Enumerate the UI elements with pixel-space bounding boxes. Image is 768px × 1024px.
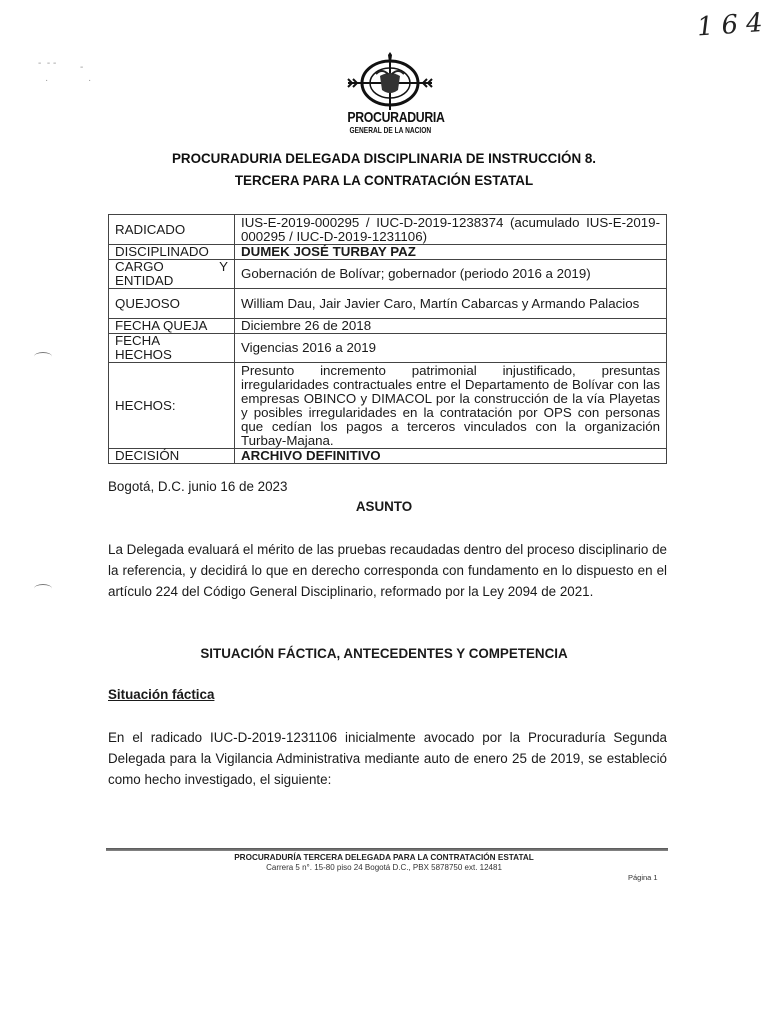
section-heading: SITUACIÓN FÁCTICA, ANTECEDENTES Y COMPET… — [0, 646, 768, 661]
row-label: DISCIPLINADO — [109, 245, 235, 260]
label-part: HECHOS — [115, 348, 228, 362]
scan-speck: · — [45, 75, 48, 86]
row-label: FECHA QUEJA — [109, 319, 235, 334]
table-row-disciplinado: DISCIPLINADO DUMEK JOSÉ TURBAY PAZ — [109, 245, 667, 260]
scan-speck: - — [80, 62, 83, 73]
subsection-heading: Situación fáctica — [108, 687, 214, 702]
row-label: FECHA HECHOS — [109, 334, 235, 363]
table-row-radicado: RADICADO IUS-E-2019-000295 / IUC-D-2019-… — [109, 215, 667, 245]
document-date: Bogotá, D.C. junio 16 de 2023 — [108, 479, 287, 494]
footer-address: Carrera 5 n°. 15-80 piso 24 Bogotá D.C.,… — [0, 863, 768, 872]
footer-page-number: Página 1 — [628, 873, 658, 882]
table-row-cargo-entidad: CARGOY ENTIDAD Gobernación de Bolívar; g… — [109, 260, 667, 289]
label-part: ENTIDAD — [115, 274, 228, 288]
asunto-paragraph: La Delegada evaluará el mérito de las pr… — [108, 539, 667, 602]
row-value: Presunto incremento patrimonial injustif… — [235, 363, 667, 449]
row-value: ARCHIVO DEFINITIVO — [235, 449, 667, 464]
coat-of-arms-emblem-icon — [342, 52, 438, 112]
row-value: Vigencias 2016 a 2019 — [235, 334, 667, 363]
procuraduria-logo: PROCURADURIA GENERAL DE LA NACION — [338, 52, 442, 135]
table-row-fecha-queja: FECHA QUEJA Diciembre 26 de 2018 — [109, 319, 667, 334]
asunto-heading: ASUNTO — [0, 499, 768, 514]
row-label: DECISIÓN — [109, 449, 235, 464]
row-label: QUEJOSO — [109, 289, 235, 319]
row-label: CARGOY ENTIDAD — [109, 260, 235, 289]
table-row-quejoso: QUEJOSO William Dau, Jair Javier Caro, M… — [109, 289, 667, 319]
punch-hole-mark — [34, 584, 52, 593]
table-row-hechos: HECHOS: Presunto incremento patrimonial … — [109, 363, 667, 449]
punch-hole-mark — [34, 352, 52, 361]
label-part: FECHA — [115, 334, 228, 348]
case-summary-table: RADICADO IUS-E-2019-000295 / IUC-D-2019-… — [108, 214, 667, 464]
office-title-line-2: TERCERA PARA LA CONTRATACIÓN ESTATAL — [0, 173, 768, 188]
row-value: William Dau, Jair Javier Caro, Martín Ca… — [235, 289, 667, 319]
row-label: RADICADO — [109, 215, 235, 245]
label-part: Y — [219, 260, 228, 274]
row-value: Diciembre 26 de 2018 — [235, 319, 667, 334]
footer-office-name: PROCURADURÍA TERCERA DELEGADA PARA LA CO… — [0, 853, 768, 862]
table-row-decision: DECISIÓN ARCHIVO DEFINITIVO — [109, 449, 667, 464]
situacion-factica-paragraph: En el radicado IUC-D-2019-1231106 inicia… — [108, 727, 667, 790]
row-value: DUMEK JOSÉ TURBAY PAZ — [235, 245, 667, 260]
scan-speck: - - - — [38, 58, 56, 69]
office-title-line-1: PROCURADURIA DELEGADA DISCIPLINARIA DE I… — [0, 151, 768, 166]
logo-subtitle: GENERAL DE LA NACION — [349, 125, 430, 135]
table-row-fecha-hechos: FECHA HECHOS Vigencias 2016 a 2019 — [109, 334, 667, 363]
logo-title: PROCURADURIA — [347, 110, 432, 125]
row-value: IUS-E-2019-000295 / IUC-D-2019-1238374 (… — [235, 215, 667, 245]
row-value: Gobernación de Bolívar; gobernador (peri… — [235, 260, 667, 289]
footer-divider — [106, 848, 668, 851]
handwritten-folio-number: 164 — [696, 7, 768, 42]
label-part: CARGO — [115, 260, 164, 274]
row-label: HECHOS: — [109, 363, 235, 449]
scan-speck: · — [88, 75, 91, 86]
